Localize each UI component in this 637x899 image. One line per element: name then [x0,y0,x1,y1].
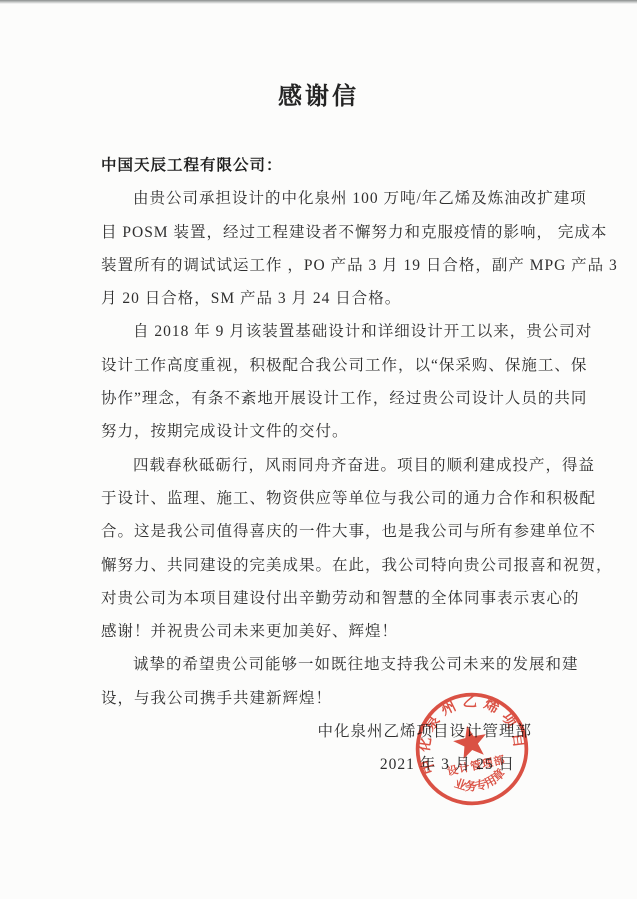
body-line: 由贵公司承担设计的中化泉州 100 万吨/年乙烯及炼油改扩建项 [101,182,553,215]
body-line: 懈努力、共同建设的完美成果。在此，我公司特向贵公司报喜和祝贺， [101,549,553,582]
body-line: 诚挚的希望贵公司能够一如既往地支持我公司未来的发展和建 [101,648,553,681]
official-seal: 中化泉州乙烯项目 设计管理部 业务专用章 [403,680,541,818]
recipient-line: 中国天辰工程有限公司： [101,149,553,182]
letter-title: 感谢信 [0,76,637,111]
body-line: 于设计、监理、施工、物资供应等单位与我公司的通力合作和积极配 [101,482,553,515]
body-line: 对贵公司为本项目建设付出辛勤劳动和智慧的全体同事表示衷心的 [101,582,553,615]
body-line: 自 2018 年 9 月该装置基础设计和详细设计开工以来，贵公司对 [101,315,553,348]
body-line: 努力，按期完成设计文件的交付。 [101,415,553,448]
body-line: 合。这是我公司值得喜庆的一件大事，也是我公司与所有参建单位不 [101,515,553,548]
scan-edge-artifact [0,0,637,4]
body-line: 感谢！并祝贵公司未来更加美好、辉煌！ [101,615,553,648]
star-icon [451,722,490,760]
body-line: 设计工作高度重视，积极配合我公司工作，以“保采购、保施工、保 [101,349,553,382]
body-line: 月 20 日合格，SM 产品 3 月 24 日合格。 [101,282,553,315]
body-line: 目 POSM 装置，经过工程建设者不懈努力和克服疫情的影响， 完成本 [101,216,553,249]
body-line: 装置所有的调试试运工作 ，PO 产品 3 月 19 日合格，副产 MPG 产品 … [101,249,553,282]
letter-page: 感谢信 中国天辰工程有限公司： 由贵公司承担设计的中化泉州 100 万吨/年乙烯… [0,0,637,899]
body-line: 四载春秋砥砺行，风雨同舟齐奋进。项目的顺利建成投产，得益 [101,449,553,482]
body-line: 协作”理念，有条不紊地开展设计工作，经过贵公司设计人员的共同 [101,382,553,415]
